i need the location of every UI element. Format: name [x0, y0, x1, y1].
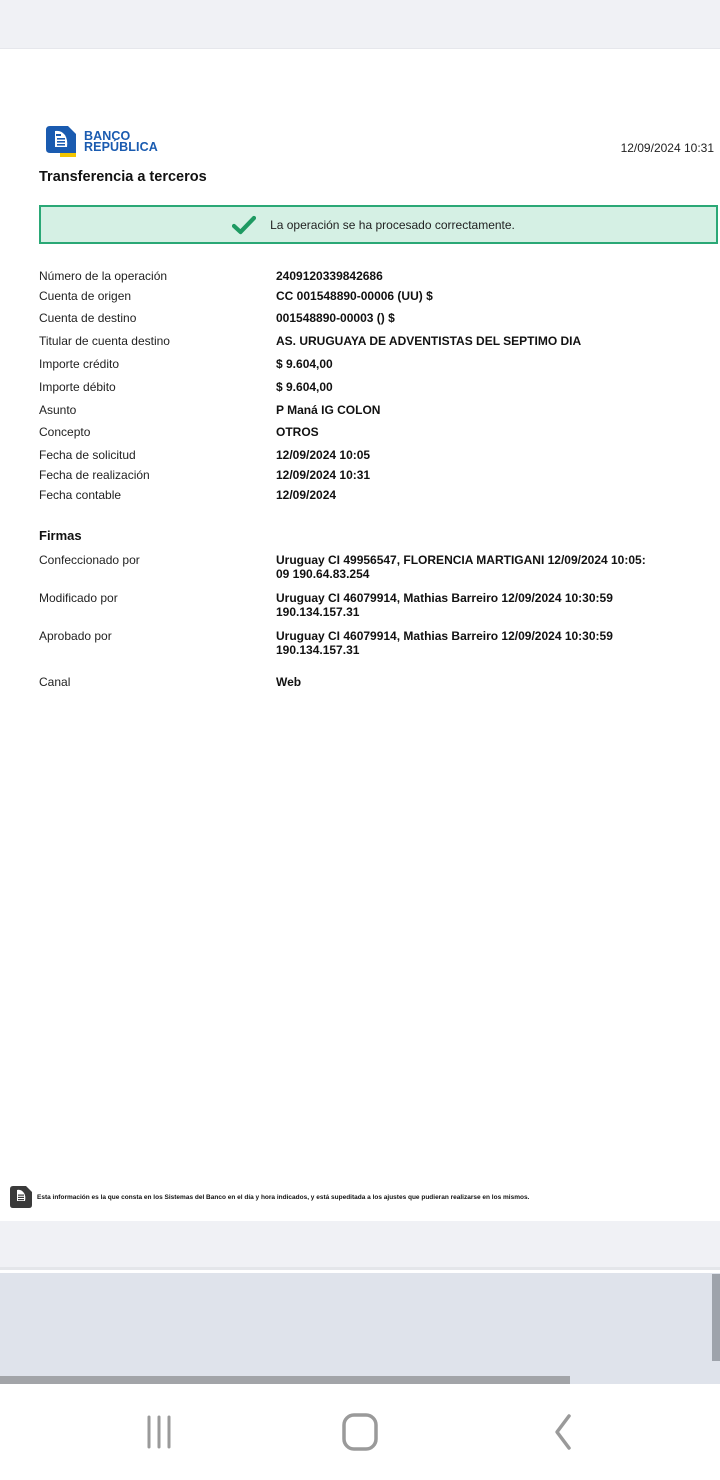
detail-label: Cuenta de origen [39, 289, 276, 311]
signatures-title: Firmas [39, 528, 82, 543]
detail-row-concept: Concepto OTROS [39, 425, 699, 448]
home-icon [340, 1412, 380, 1452]
horizontal-scrollbar[interactable] [0, 1376, 570, 1384]
signature-value: Uruguay CI 46079914, Mathias Barreiro 12… [276, 629, 699, 675]
signature-value-line1: Uruguay CI 49956547, FLORENCIA MARTIGANI… [276, 553, 699, 567]
checkmark-icon [232, 215, 256, 235]
detail-value: CC 001548890-00006 (UU) $ [276, 289, 699, 311]
operation-details: Número de la operación 2409120339842686 … [39, 269, 699, 508]
header-datetime: 12/09/2024 10:31 [621, 141, 714, 155]
signature-value-line2: 190.134.157.31 [276, 643, 699, 657]
recent-apps-button[interactable] [139, 1412, 179, 1452]
browser-top-bar [0, 0, 720, 49]
detail-row-subject: Asunto P Maná IG COLON [39, 403, 699, 425]
home-button[interactable] [340, 1412, 380, 1452]
browser-toolbar-area [0, 1221, 720, 1270]
bank-name: BANCO REPÚBLICA [84, 131, 158, 153]
signature-row-prepared-by: Confeccionado por Uruguay CI 49956547, F… [39, 553, 699, 591]
signatures-list: Confeccionado por Uruguay CI 49956547, F… [39, 553, 699, 695]
detail-label: Fecha de solicitud [39, 448, 276, 468]
signature-label: Confeccionado por [39, 553, 276, 591]
signature-label: Modificado por [39, 591, 276, 629]
signature-value-line2: 09 190.64.83.254 [276, 567, 699, 581]
signature-label: Aprobado por [39, 629, 276, 675]
detail-label: Número de la operación [39, 269, 276, 289]
signature-value: Uruguay CI 46079914, Mathias Barreiro 12… [276, 591, 699, 629]
viewer-empty-area [0, 1273, 720, 1384]
back-button[interactable] [542, 1412, 582, 1452]
detail-value: 2409120339842686 [276, 269, 699, 289]
signature-value-line1: Uruguay CI 46079914, Mathias Barreiro 12… [276, 629, 699, 643]
status-message: La operación se ha procesado correctamen… [270, 218, 515, 232]
vertical-scrollbar[interactable] [712, 1274, 720, 1361]
bank-logo: BANCO REPÚBLICA [46, 126, 158, 157]
page-title: Transferencia a terceros [39, 169, 207, 185]
detail-label: Concepto [39, 425, 276, 448]
footer-disclaimer: Esta información es la que consta en los… [10, 1186, 529, 1208]
bank-logo-small-icon [10, 1186, 32, 1208]
signature-row-approved-by: Aprobado por Uruguay CI 46079914, Mathia… [39, 629, 699, 675]
detail-label: Titular de cuenta destino [39, 334, 276, 357]
detail-label: Cuenta de destino [39, 311, 276, 334]
bank-name-line2: REPÚBLICA [84, 142, 158, 153]
detail-label: Importe débito [39, 380, 276, 403]
detail-row-execution-date: Fecha de realización 12/09/2024 10:31 [39, 468, 699, 488]
detail-value: $ 9.604,00 [276, 357, 699, 380]
detail-row-operation-number: Número de la operación 2409120339842686 [39, 269, 699, 289]
detail-value: P Maná IG COLON [276, 403, 699, 425]
signature-value: Uruguay CI 49956547, FLORENCIA MARTIGANI… [276, 553, 699, 591]
signature-row-channel: Canal Web [39, 675, 699, 695]
signature-value-line2: 190.134.157.31 [276, 605, 699, 619]
receipt-document: BANCO REPÚBLICA 12/09/2024 10:31 Transfe… [0, 50, 720, 1220]
detail-value: AS. URUGUAYA DE ADVENTISTAS DEL SEPTIMO … [276, 334, 699, 357]
detail-row-credit-amount: Importe crédito $ 9.604,00 [39, 357, 699, 380]
detail-row-destination-account: Cuenta de destino 001548890-00003 () $ [39, 311, 699, 334]
detail-value: 12/09/2024 10:05 [276, 448, 699, 468]
recent-apps-icon [142, 1414, 176, 1450]
signature-label: Canal [39, 675, 276, 695]
detail-label: Fecha contable [39, 488, 276, 508]
detail-value: 12/09/2024 10:31 [276, 468, 699, 488]
status-banner: La operación se ha procesado correctamen… [39, 205, 718, 244]
detail-label: Importe crédito [39, 357, 276, 380]
detail-label: Fecha de realización [39, 468, 276, 488]
disclaimer-text: Esta información es la que consta en los… [37, 1194, 529, 1201]
signature-row-modified-by: Modificado por Uruguay CI 46079914, Math… [39, 591, 699, 629]
detail-row-source-account: Cuenta de origen CC 001548890-00006 (UU)… [39, 289, 699, 311]
detail-value: OTROS [276, 425, 699, 448]
back-icon [547, 1412, 577, 1452]
detail-row-destination-holder: Titular de cuenta destino AS. URUGUAYA D… [39, 334, 699, 357]
detail-row-debit-amount: Importe débito $ 9.604,00 [39, 380, 699, 403]
detail-row-accounting-date: Fecha contable 12/09/2024 [39, 488, 699, 508]
detail-row-request-date: Fecha de solicitud 12/09/2024 10:05 [39, 448, 699, 468]
signature-value: Web [276, 675, 699, 695]
detail-value: 12/09/2024 [276, 488, 699, 508]
detail-value: $ 9.604,00 [276, 380, 699, 403]
detail-value: 001548890-00003 () $ [276, 311, 699, 334]
bank-logo-icon [46, 126, 76, 157]
detail-label: Asunto [39, 403, 276, 425]
android-navigation-bar [0, 1384, 720, 1480]
signature-value-line1: Uruguay CI 46079914, Mathias Barreiro 12… [276, 591, 699, 605]
